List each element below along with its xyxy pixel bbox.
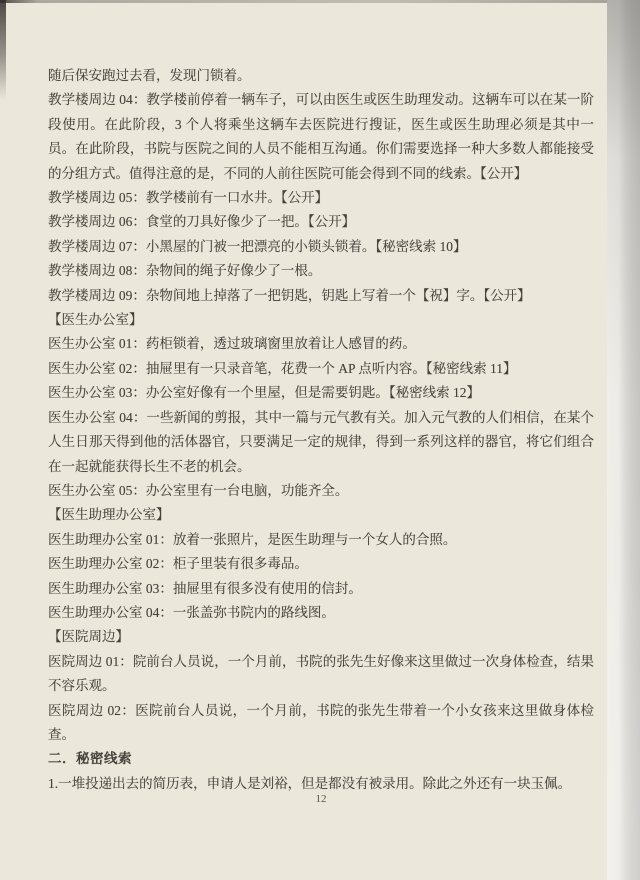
clue-doctor-office-05: 医生办公室 05：办公室里有一台电脑，功能齐全。 [48,479,594,503]
clue-assistant-office-02: 医生助理办公室 02：柜子里装有很多毒品。 [48,552,594,576]
scan-left-edge [0,0,6,100]
clue-doctor-office-03: 医生办公室 03：办公室好像有一个里屋，但是需要钥匙。【秘密线索 12】 [48,381,594,405]
page-number: 12 [48,793,594,805]
clue-assistant-office-04: 医生助理办公室 04：一张盖弥书院内的路线图。 [48,601,594,625]
section-title-secret-clues: 二．秘密线索 [48,747,594,771]
clue-teaching-building-09: 教学楼周边 09：杂物间地上掉落了一把钥匙，钥匙上写着一个【祝】字。【公开】 [48,284,594,308]
clue-doctor-office-02: 医生办公室 02：抽屉里有一只录音笔，花费一个 AP 点听内容。【秘密线索 11… [48,357,594,381]
document-body: 随后保安跑过去看，发现门锁着。 教学楼周边 04：教学楼前停着一辆车子，可以由医… [48,64,594,796]
clue-teaching-building-04: 教学楼周边 04：教学楼前停着一辆车子，可以由医生或医生助理发动。这辆车可以在某… [48,88,594,186]
clue-doctor-office-01: 医生办公室 01：药柜锁着，透过玻璃窗里放着让人感冒的药。 [48,332,594,356]
clue-assistant-office-03: 医生助理办公室 03：抽屉里有很多没有使用的信封。 [48,577,594,601]
clue-teaching-building-05: 教学楼周边 05：教学楼前有一口水井。【公开】 [48,186,594,210]
section-heading-hospital-area: 【医院周边】 [48,625,594,649]
clue-teaching-building-08: 教学楼周边 08：杂物间的绳子好像少了一根。 [48,259,594,283]
scan-right-edge [607,0,640,880]
clue-teaching-building-07: 教学楼周边 07：小黑屋的门被一把漂亮的小锁头锁着。【秘密线索 10】 [48,235,594,259]
narrative-line: 随后保安跑过去看，发现门锁着。 [48,64,594,88]
clue-hospital-area-01: 医院周边 01：院前台人员说，一个月前，书院的张先生好像来这里做过一次身体检查，… [48,650,594,699]
clue-assistant-office-01: 医生助理办公室 01：放着一张照片，是医生助理与一个女人的合照。 [48,528,594,552]
scan-top-edge [0,0,640,3]
clue-doctor-office-04: 医生办公室 04：一些新闻的剪报，其中一篇与元气教有关。加入元气教的人们相信，在… [48,406,594,479]
scanned-page: 随后保安跑过去看，发现门锁着。 教学楼周边 04：教学楼前停着一辆车子，可以由医… [0,0,640,880]
section-heading-assistant-office: 【医生助理办公室】 [48,503,594,527]
clue-hospital-area-02: 医院周边 02：医院前台人员说，一个月前，书院的张先生带着一个小女孩来这里做身体… [48,699,594,748]
section-heading-doctor-office: 【医生办公室】 [48,308,594,332]
clue-teaching-building-06: 教学楼周边 06：食堂的刀具好像少了一把。【公开】 [48,210,594,234]
